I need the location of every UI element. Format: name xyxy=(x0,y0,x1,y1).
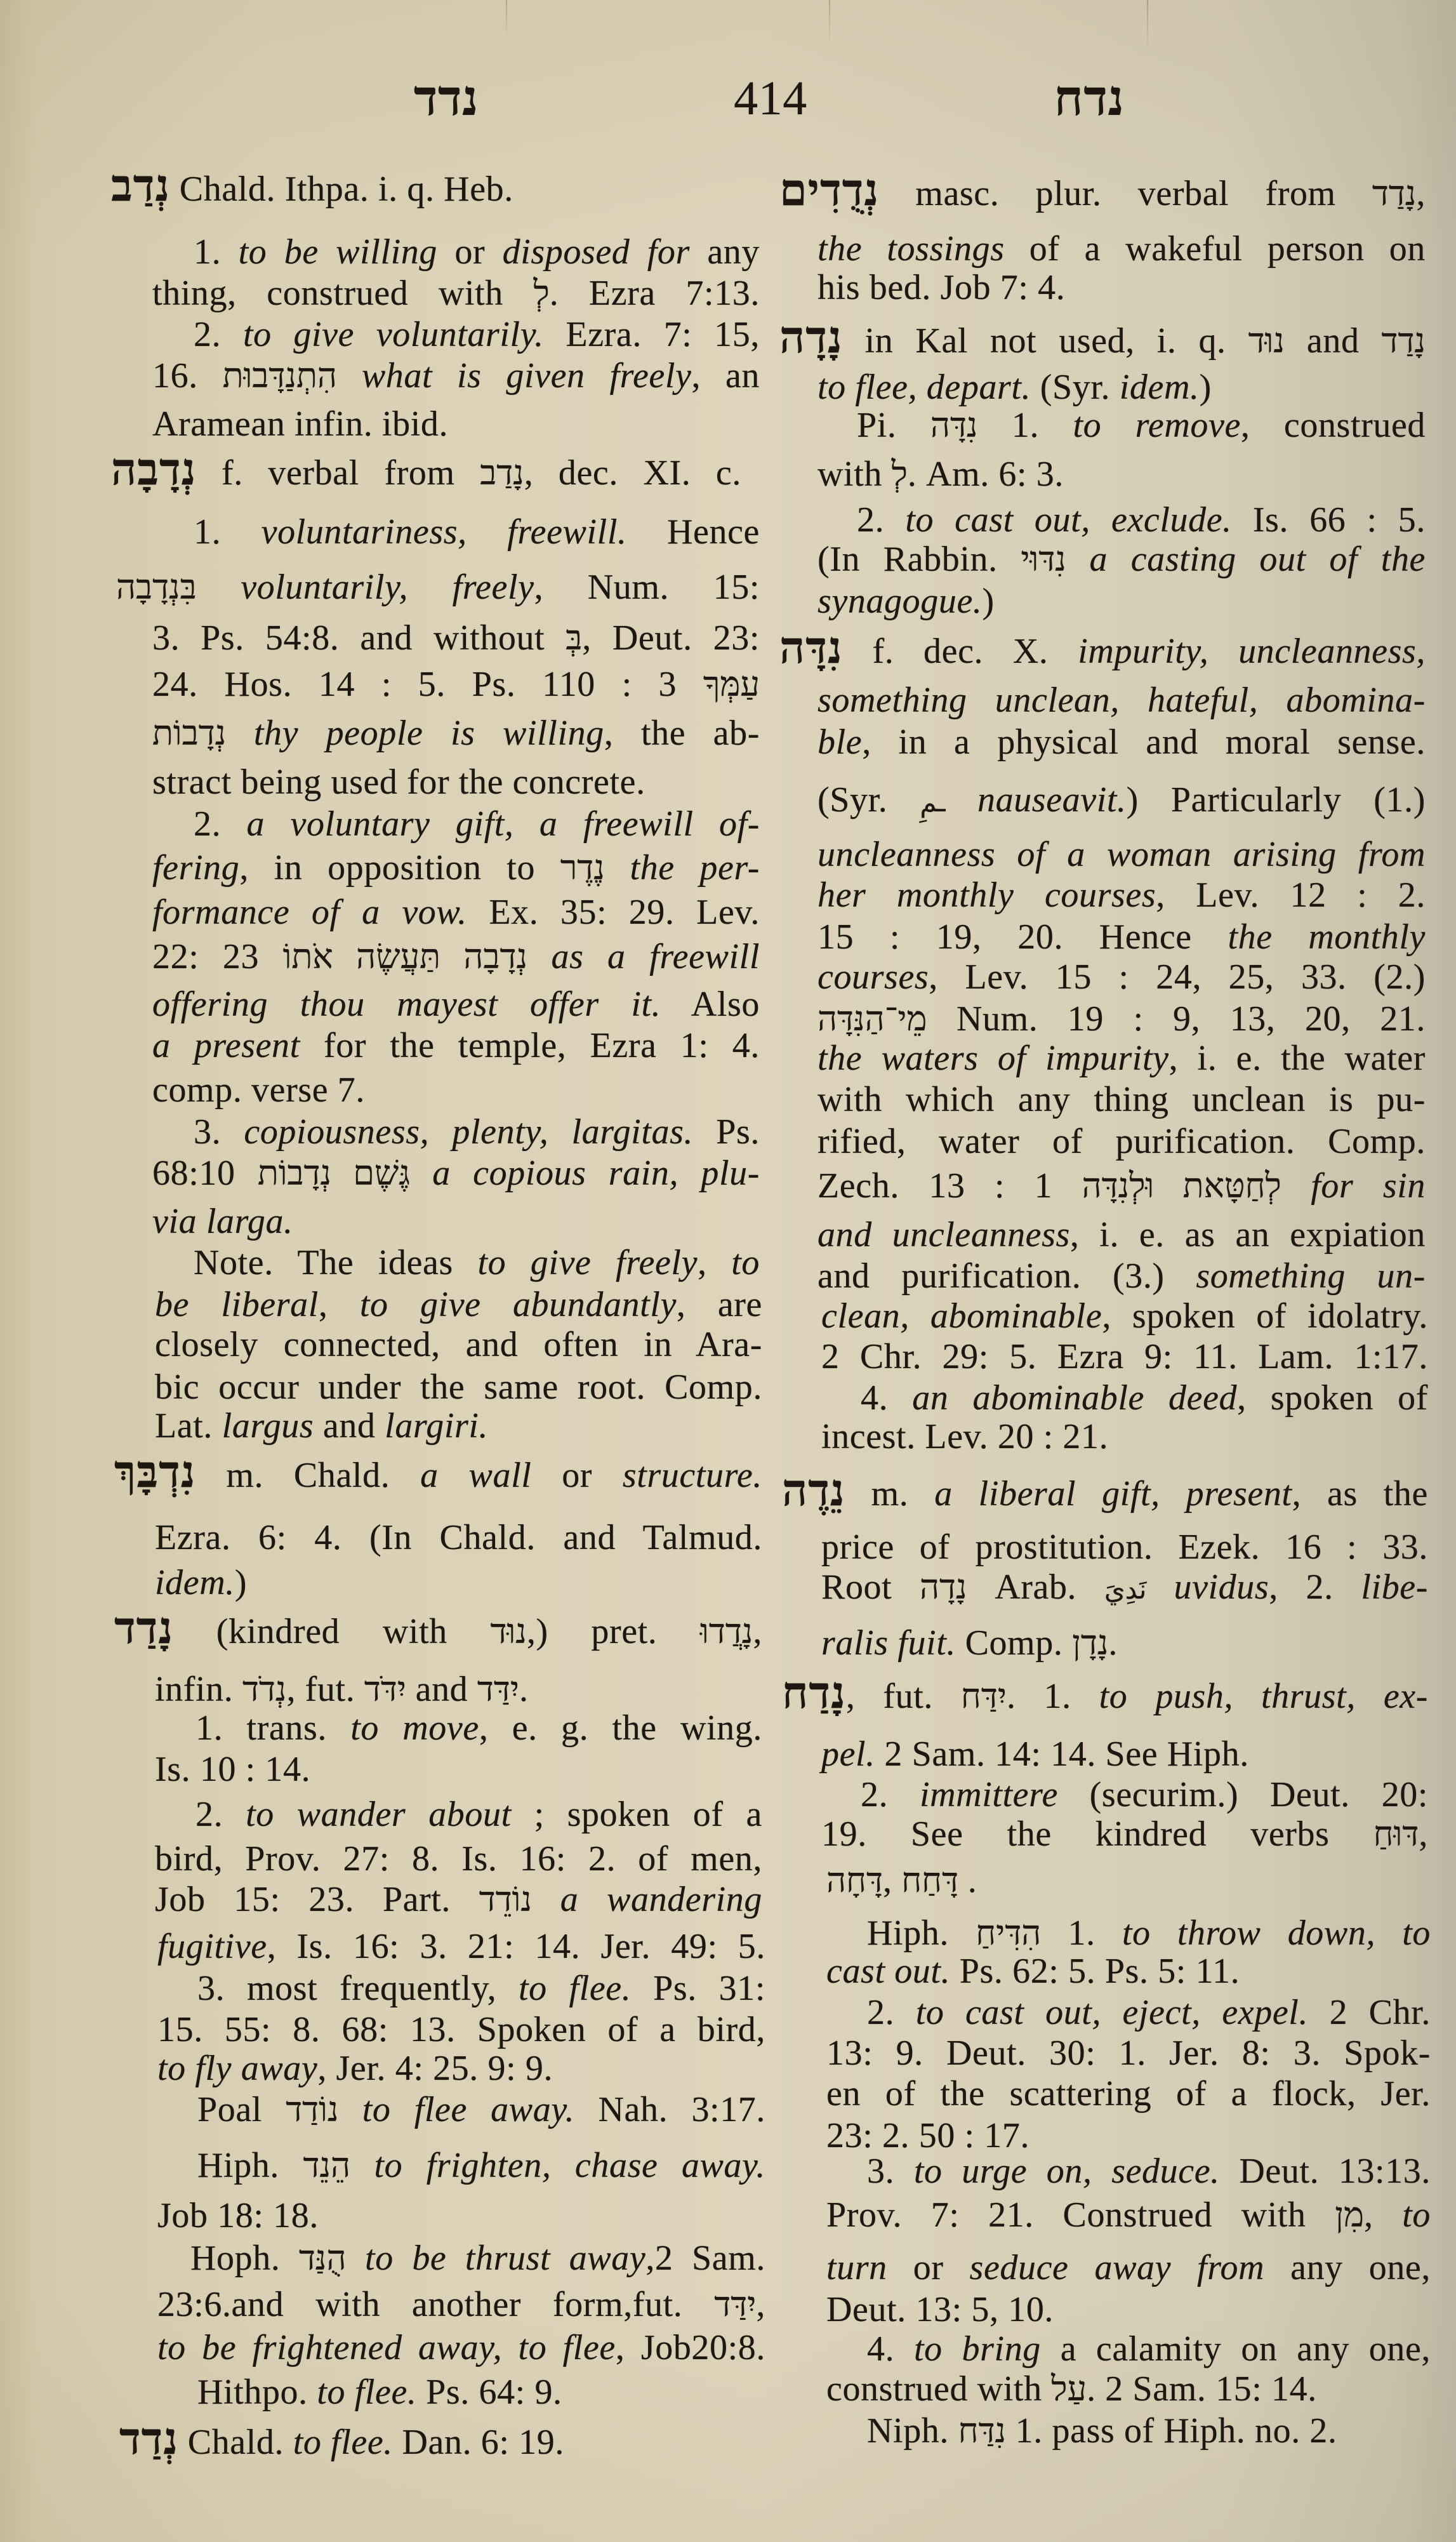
italic-text: to flee. xyxy=(519,1969,631,2008)
italic-text: to remove xyxy=(1073,406,1240,445)
entry-line: נִדְבָּךְ m. Chald. a wall or structure. xyxy=(114,1455,762,1496)
text: 23: 2. 50 : 17. xyxy=(826,2116,1029,2155)
text: 2 Chr. xyxy=(1308,1993,1431,2032)
entry-line: 23:6.and with another form,fut. יִדַּד, xyxy=(157,2284,765,2326)
hebrew-word: נָדַב xyxy=(480,454,524,492)
hebrew-word: נִדָּה xyxy=(930,406,978,444)
entry-line: a present for the temple, Ezra 1: 4. xyxy=(152,1025,760,1067)
hebrew-word: יִדֹּד xyxy=(364,1670,406,1708)
entry-line: cast out. Ps. 62: 5. Ps. 5: 11. xyxy=(826,1951,1240,1992)
text: or xyxy=(531,1456,622,1495)
entry-line: 3. most frequently, to flee. Ps. 31: xyxy=(197,1968,765,2009)
text: comp. verse 7. xyxy=(152,1070,365,1110)
text: , Lev. 15 : 24, 25, 33. (2.) xyxy=(929,957,1426,997)
text: , Job20:8. xyxy=(616,2328,765,2367)
text: 2. xyxy=(194,804,247,844)
italic-text: fering xyxy=(152,848,239,888)
entry-line: to flee, depart. (Syr. idem.) xyxy=(817,367,1212,408)
text: or xyxy=(887,2248,970,2287)
text: infin. xyxy=(155,1670,242,1709)
italic-text: to cast out, exclude. xyxy=(905,500,1231,540)
text: 1. trans. xyxy=(195,1708,350,1748)
italic-text: pel. xyxy=(821,1734,875,1774)
entry-line: נְדַד Chald. to flee. Dan. 6: 19. xyxy=(119,2422,564,2463)
italic-text: idem. xyxy=(1120,368,1200,407)
hebrew-word: יִדַּח xyxy=(961,1677,1007,1715)
entry-line: 2. a voluntary gift, a freewill of- xyxy=(194,804,760,845)
entry-line: 3. copiousness, plenty, largitas. Ps. xyxy=(194,1112,760,1153)
text: masc. plur. verbal from xyxy=(879,174,1372,213)
entry-line: 68:10 גֶּשֶׁם נְדָבוֹת a copious rain, p… xyxy=(152,1153,760,1194)
italic-text: clean, abominable xyxy=(821,1296,1102,1336)
italic-text: her monthly courses xyxy=(817,875,1156,915)
page-number: 414 xyxy=(734,74,807,123)
italic-text: fugitive xyxy=(157,1927,267,1966)
entry-line: something unclean, hateful, abomina- xyxy=(817,680,1426,721)
entry-line: en of the scattering of a flock, Jer. xyxy=(826,2073,1431,2115)
entry-line: נָדַח, fut. יִדַּח. 1. to push, thrust, … xyxy=(782,1676,1428,1717)
text: ) xyxy=(235,1563,247,1602)
italic-text: the waters of impurity xyxy=(817,1039,1169,1078)
entry-line: Prov. 7: 21. Construed with מִן, to xyxy=(826,2195,1431,2236)
entry-line: 2. to cast out, exclude. Is. 66 : 5. xyxy=(857,500,1426,541)
hebrew-phrase: מֵי־הַנִּדָּה xyxy=(817,1000,927,1038)
entry-line: the waters of impurity, i. e. the water xyxy=(817,1038,1426,1079)
hebrew-word: הִדִּיחַ xyxy=(976,1914,1041,1952)
hebrew-word: לְ xyxy=(892,455,908,493)
text: , xyxy=(883,1861,901,1900)
text: . 1. xyxy=(1007,1677,1099,1716)
text: Also xyxy=(661,985,760,1024)
entry-line: comp. verse 7. xyxy=(152,1070,365,1111)
text: or xyxy=(437,232,503,272)
entry-line: נִדָּה f. dec. X. impurity, uncleanness, xyxy=(779,631,1426,672)
text: Deut. 13: 5, 10. xyxy=(826,2290,1054,2329)
italic-text: a present xyxy=(152,1026,300,1065)
entry-line: 22: 23 נְדָבָה תַּעֲשֶׂה אֹתוֹ as a free… xyxy=(152,936,760,978)
text: , in opposition to xyxy=(239,848,560,888)
italic-text: to move xyxy=(350,1708,479,1748)
text: Num. 19 : 9, 13, 20, 21. xyxy=(927,999,1426,1039)
text: m. Chald. xyxy=(196,1456,421,1495)
entry-line: 24. Hos. 14 : 5. Ps. 110 : 3 עַמְּךָ xyxy=(152,664,760,705)
entry-line: via larga. xyxy=(152,1201,293,1242)
text: 15. 55: 8. 68: 13. Spoken of a bird, xyxy=(157,2010,765,2049)
syriac-word: ـمِ xyxy=(920,787,945,818)
headword: נְדַד xyxy=(119,2415,178,2464)
text: Prov. 7: 21. Construed with xyxy=(826,2195,1335,2235)
text: his bed. Job 7: 4. xyxy=(817,268,1065,307)
italic-text: to flee. xyxy=(293,2423,393,2462)
entry-line: fering, in opposition to נֶדֶר the per- xyxy=(152,848,760,889)
text: Lat. xyxy=(155,1406,222,1446)
entry-line: courses, Lev. 15 : 24, 25, 33. (2.) xyxy=(817,957,1426,998)
italic-text: to xyxy=(1402,2195,1431,2235)
entry-line: turn or seduce away from any one, xyxy=(826,2247,1431,2289)
text: Hoph. xyxy=(190,2239,299,2278)
text: , spoken of idolatry. xyxy=(1102,1296,1428,1336)
entry-line: be liberal, to give abundantly, are xyxy=(155,1284,762,1326)
entry-line: incest. Lev. 20 : 21. xyxy=(821,1416,1108,1458)
italic-text: disposed for xyxy=(503,232,690,272)
headword: נָדַח xyxy=(782,1669,846,1718)
entry-line: fugitive, Is. 16: 3. 21: 14. Jer. 49: 5. xyxy=(157,1926,765,1967)
text: , dec. XI. c. xyxy=(524,453,741,493)
text: and xyxy=(406,1670,477,1709)
entry-line: Niph. נִדַּח 1. pass of Hiph. no. 2. xyxy=(867,2411,1337,2452)
entry-line: 3. to urge on, seduce. Deut. 13:13. xyxy=(867,2151,1431,2192)
text: 3. xyxy=(867,2152,914,2191)
text: f. dec. X. xyxy=(843,632,1078,671)
hebrew-word: נוֹדֵד xyxy=(479,1880,532,1919)
entry-line: 3. Ps. 54:8. and without בְּ, Deut. 23: xyxy=(152,618,760,659)
hebrew-phrase: לְחַטָּאת וּלְנִדָּה xyxy=(1082,1167,1281,1205)
italic-text: thy people is willing xyxy=(226,714,604,753)
text: , i. e. the water xyxy=(1169,1039,1426,1078)
text: , xyxy=(698,1243,731,1282)
text: . xyxy=(519,1670,529,1709)
italic-text: the per- xyxy=(605,848,760,888)
italic-text: seduce away from xyxy=(970,2248,1265,2287)
italic-text: copiousness, plenty, largitas. xyxy=(244,1112,693,1152)
italic-text: a casting out of the xyxy=(1066,540,1426,579)
text: 1. xyxy=(194,512,261,552)
italic-text: to fly away xyxy=(157,2049,317,2088)
text: any one, xyxy=(1264,2248,1431,2287)
entry-line: bic occur under the same root. Comp. xyxy=(155,1367,762,1408)
text: , fut. xyxy=(286,1670,364,1709)
text: (Syr. xyxy=(1031,368,1120,407)
italic-text: ralis fuit. xyxy=(821,1623,956,1663)
entry-line: מֵי־הַנִּדָּה Num. 19 : 9, 13, 20, 21. xyxy=(817,999,1426,1040)
text: in Kal not used, i. q. xyxy=(843,321,1248,361)
paper-crease xyxy=(1147,0,1148,51)
entry-line: 2. to wander about ; spoken of a xyxy=(195,1794,762,1835)
italic-text: voluntariness, freewill. xyxy=(261,512,627,552)
text: Is. 66 : 5. xyxy=(1232,500,1426,540)
entry-line: בִּנְדָבָה voluntarily, freely, Num. 15: xyxy=(116,567,760,608)
italic-text: be liberal xyxy=(155,1285,319,1324)
italic-text: a liberal gift, present xyxy=(934,1474,1292,1514)
entry-line: Pi. נִדָּה 1. to remove, construed xyxy=(857,405,1426,446)
text: 3. Ps. 54:8. and without xyxy=(152,618,566,658)
text: . xyxy=(1108,1623,1118,1663)
text: Pi. xyxy=(857,406,930,445)
text: 2. xyxy=(867,1993,916,2032)
italic-text: to push, thrust, ex- xyxy=(1099,1677,1428,1716)
italic-text: to bring xyxy=(914,2329,1041,2369)
entry-line: her monthly courses, Lev. 12 : 2. xyxy=(817,875,1426,916)
text: 23:6.and with another form,fut. xyxy=(157,2285,714,2324)
entry-line: נְדֻדִים masc. plur. verbal from נָדַד, xyxy=(779,173,1426,215)
entry-line: with לְ. Am. 6: 3. xyxy=(817,454,1064,495)
hebrew-word: נִדַּח xyxy=(958,2412,1007,2450)
text: , Num. 15: xyxy=(534,568,760,607)
italic-text: structure. xyxy=(623,1456,762,1495)
entry-line: 1. voluntariness, freewill. Hence xyxy=(194,512,760,553)
text: Dan. 6: 19. xyxy=(393,2423,564,2462)
text: , xyxy=(753,1612,762,1651)
italic-text: to give freely xyxy=(477,1243,698,1282)
text: 24. Hos. 14 : 5. Ps. 110 : 3 xyxy=(152,665,703,704)
italic-text: ble xyxy=(817,722,862,762)
text: 15 : 19, 20. Hence xyxy=(817,917,1228,957)
italic-text: to give voluntarily. xyxy=(243,315,544,354)
text: 68:10 xyxy=(152,1154,258,1193)
italic-text: voluntarily, freely xyxy=(197,568,534,607)
text: Job 15: 23. Part. xyxy=(155,1880,479,1919)
entry-line: Aramean infin. ibid. xyxy=(152,404,448,445)
italic-text: courses xyxy=(817,957,929,997)
hebrew-phrase: נְדָבָה תַּעֲשֶׂה אֹתוֹ xyxy=(283,938,527,976)
entry-line: Poal נוֹדַד to flee away. Nah. 3:17. xyxy=(197,2089,765,2131)
italic-text: to frighten, chase away. xyxy=(350,2146,765,2185)
text: 2. xyxy=(861,1775,920,1814)
italic-text: an abominable deed xyxy=(912,1378,1237,1418)
headword: נְדַב xyxy=(111,162,170,211)
text: , fut. xyxy=(846,1677,961,1716)
headword: נִדְבָּךְ xyxy=(114,1448,196,1497)
text: Hithpo. xyxy=(197,2372,317,2412)
italic-text: to cast out, eject, expel. xyxy=(916,1993,1308,2032)
hebrew-word: נָדַד xyxy=(1372,175,1417,213)
hebrew-word: נָדֲדוּ xyxy=(700,1613,753,1651)
text: Ps. 64: 9. xyxy=(417,2372,562,2412)
text: . xyxy=(958,1861,977,1900)
text: incest. Lev. 20 : 21. xyxy=(821,1417,1108,1456)
italic-text: uncleanness of a woman arising from xyxy=(817,835,1426,874)
paper-crease xyxy=(506,0,507,38)
italic-text: to urge on, seduce. xyxy=(914,2152,1220,2191)
text: Job 18: 18. xyxy=(157,2196,319,2235)
entry-line: Job 15: 23. Part. נוֹדֵד a wandering xyxy=(155,1879,762,1920)
text: . Am. 6: 3. xyxy=(908,455,1064,494)
entry-line: Hiph. הֵנֵד to frighten, chase away. xyxy=(197,2145,765,2186)
hebrew-phrase: גֶּשֶׁם נְדָבוֹת xyxy=(258,1154,410,1192)
entry-line: נְדָבוֹת thy people is willing, the ab- xyxy=(152,713,760,754)
italic-text: the monthly xyxy=(1228,917,1426,957)
text: , Lev. 12 : 2. xyxy=(1156,875,1426,915)
text: rified, water of purification. Comp. xyxy=(817,1122,1426,1161)
text: , i. e. as an expiation xyxy=(1070,1215,1426,1254)
text: price of prostitution. Ezek. 16 : 33. xyxy=(821,1527,1428,1567)
italic-text: a wandering xyxy=(532,1880,762,1919)
text: , spoken of xyxy=(1237,1378,1428,1418)
text: 13: 9. Deut. 30: 1. Jer. 8: 3. Spok- xyxy=(826,2033,1431,2073)
hebrew-word: הֵנֵד xyxy=(303,2146,350,2185)
text: ) xyxy=(983,582,995,621)
text: , e. g. the wing. xyxy=(479,1708,762,1748)
entry-line: Note. The ideas to give freely, to xyxy=(194,1242,760,1284)
entry-line: 2. to give voluntarily. Ezra. 7: 15, xyxy=(194,314,760,356)
text: Poal xyxy=(197,2090,286,2129)
running-head-right: נדח xyxy=(1054,74,1125,123)
text: and xyxy=(314,1406,385,1446)
text: , 2. xyxy=(1269,1567,1361,1607)
text: 2 Chr. 29: 5. Ezra 9: 11. Lam. 1:17. xyxy=(821,1337,1428,1376)
entry-line: clean, abominable, spoken of idolatry. xyxy=(821,1296,1428,1337)
entry-line: נֵדֶה m. a liberal gift, present, as the xyxy=(782,1474,1428,1515)
entry-line: stract being used for the concrete. xyxy=(152,762,645,803)
italic-text: for sin xyxy=(1281,1166,1426,1206)
text: bird, Prov. 27: 8. Is. 16: 2. of men, xyxy=(155,1839,762,1879)
italic-text: what is given freely xyxy=(337,356,692,396)
headword: נְדָבָה xyxy=(111,446,196,495)
entry-line: Zech. 13 : 1 לְחַטָּאת וּלְנִדָּה for si… xyxy=(817,1166,1426,1207)
text: f. verbal from xyxy=(196,453,480,493)
text: ,2 Sam. xyxy=(645,2239,765,2278)
text: Ps. 62: 5. Ps. 5: 11. xyxy=(950,1952,1240,1991)
text: (Syr. xyxy=(817,780,920,820)
text: Root xyxy=(821,1567,920,1607)
text: stract being used for the concrete. xyxy=(152,762,645,802)
italic-text: largus xyxy=(222,1406,314,1446)
italic-text: a wall xyxy=(420,1456,531,1495)
text: and purification. (3.) xyxy=(817,1256,1196,1296)
text: ) xyxy=(1200,368,1212,407)
text: closely connected, and often in Ara- xyxy=(155,1325,762,1364)
hebrew-word: דָּחַח xyxy=(901,1861,958,1900)
text: ; spoken of a xyxy=(512,1795,762,1834)
text: 1. xyxy=(977,406,1073,445)
entry-line: נָדָה in Kal not used, i. q. נוּד and נָ… xyxy=(779,321,1426,362)
italic-text: to throw down, to xyxy=(1122,1913,1431,1953)
hebrew-word: מִן xyxy=(1335,2196,1364,2234)
italic-text: libe- xyxy=(1361,1567,1428,1607)
italic-text: the tossings xyxy=(817,229,1005,269)
text: , an xyxy=(692,356,760,396)
italic-text: nauseavit. xyxy=(946,780,1127,820)
entry-line: דָּחָה, דָּחַח . xyxy=(826,1860,977,1901)
entry-line: 16. הִתְנַדָּבוּת what is given freely, … xyxy=(152,356,760,397)
entry-line: Hoph. הֻנַּד to be thrust away,2 Sam. xyxy=(190,2238,765,2279)
entry-line: 2. to cast out, eject, expel. 2 Chr. xyxy=(867,1992,1431,2033)
text: (kindred with xyxy=(173,1612,490,1651)
headword: נִדָּה xyxy=(779,624,843,673)
text: (securim.) Deut. 20: xyxy=(1058,1775,1428,1814)
italic-text: via larga. xyxy=(152,1202,293,1241)
text: , xyxy=(756,2285,765,2324)
text: 3. most frequently, xyxy=(197,1969,519,2008)
entry-line: Ezra. 6: 4. (In Chald. and Talmud. xyxy=(155,1517,762,1559)
text: construed with xyxy=(826,2369,1051,2409)
entry-line: 4. to bring a calamity on any one, xyxy=(867,2329,1431,2370)
italic-text: a copious rain, plu- xyxy=(410,1154,760,1193)
entry-line: closely connected, and often in Ara- xyxy=(155,1324,762,1366)
text: Ps. 31: xyxy=(631,1969,765,2008)
text: Ezra. 6: 4. (In Chald. and Talmud. xyxy=(155,1518,762,1557)
entry-line: 2 Chr. 29: 5. Ezra 9: 11. Lam. 1:17. xyxy=(821,1336,1428,1378)
text: Arab. xyxy=(967,1567,1104,1607)
entry-line: Job 18: 18. xyxy=(157,2195,319,2237)
text: , as the xyxy=(1292,1474,1428,1514)
entry-line: offering thou mayest offer it. Also xyxy=(152,984,760,1025)
entry-line: thing, construed with לְ. Ezra 7:13. xyxy=(152,273,760,314)
italic-text: immittere xyxy=(920,1775,1058,1814)
entry-line: נְדָבָה f. verbal from נָדַב, dec. XI. c… xyxy=(111,453,741,494)
text: , xyxy=(1364,2195,1402,2235)
text: Zech. 13 : 1 xyxy=(817,1166,1082,1206)
entry-line: the tossings of a wakeful person on xyxy=(817,229,1426,270)
entry-line: Deut. 13: 5, 10. xyxy=(826,2289,1054,2331)
text: Ex. 35: 29. Lev. xyxy=(467,893,760,932)
entry-line: Hithpo. to flee. Ps. 64: 9. xyxy=(197,2372,562,2413)
text: 1. xyxy=(1041,1913,1122,1953)
text: ,) pret. xyxy=(527,1612,700,1651)
text: , the ab- xyxy=(604,714,760,753)
text: en of the scattering of a flock, Jer. xyxy=(826,2074,1431,2113)
italic-text: to flee away. xyxy=(339,2090,575,2129)
hebrew-word: נָדָה xyxy=(920,1568,967,1606)
entry-line: infin. נְדֹד, fut. יִדֹּד and יִדַּד. xyxy=(155,1669,529,1710)
italic-text: something un- xyxy=(1196,1256,1426,1296)
entry-line: 15. 55: 8. 68: 13. Spoken of a bird, xyxy=(157,2009,765,2051)
headword: נֵדֶה xyxy=(782,1467,845,1515)
hebrew-word: לְ xyxy=(533,274,549,312)
text: 3. xyxy=(194,1112,244,1152)
text: Chald. xyxy=(178,2423,293,2462)
text: , xyxy=(1416,174,1426,213)
entry-line: pel. 2 Sam. 14: 14. See Hiph. xyxy=(821,1734,1249,1775)
entry-line: to be frightened away, to flee, Job20:8. xyxy=(157,2327,765,2369)
text: Comp. xyxy=(956,1623,1072,1663)
text: Is. 10 : 14. xyxy=(155,1750,310,1789)
hebrew-word: נָדָן xyxy=(1072,1624,1108,1662)
entry-line: נְדַב Chald. Ithpa. i. q. Heb. xyxy=(111,169,513,210)
text: . Ezra 7:13. xyxy=(550,274,760,313)
text: a calamity on any one, xyxy=(1041,2329,1431,2369)
entry-line: construed with עַל. 2 Sam. 15: 14. xyxy=(826,2369,1317,2410)
entry-line: and uncleanness, i. e. as an expiation xyxy=(817,1214,1426,1256)
text: 19. See the kindred verbs xyxy=(821,1814,1373,1854)
text: , Deut. 23: xyxy=(582,618,760,658)
hebrew-word: נוּד xyxy=(1248,322,1285,360)
text: , xyxy=(1419,1814,1428,1854)
entry-line: ralis fuit. Comp. נָדָן. xyxy=(821,1623,1118,1664)
entry-line: his bed. Job 7: 4. xyxy=(817,267,1065,309)
text: 1. xyxy=(194,232,239,272)
italic-text: turn xyxy=(826,2248,887,2287)
italic-text: cast out. xyxy=(826,1952,950,1991)
text: 4. xyxy=(867,2329,914,2369)
text: m. xyxy=(845,1474,935,1514)
text: 1. pass of Hiph. no. 2. xyxy=(1006,2411,1337,2451)
entry-line: Root נָדָה Arab. نَدِيَ uvidus, 2. libe- xyxy=(821,1567,1428,1608)
text: and xyxy=(1285,321,1382,361)
italic-text: to xyxy=(731,1243,760,1282)
text: 16. xyxy=(152,356,223,396)
hebrew-word: בְּ xyxy=(566,619,582,657)
text: Deut. 13:13. xyxy=(1220,2152,1431,2191)
text: Ps. xyxy=(693,1112,760,1152)
text: 2. xyxy=(195,1795,246,1834)
headword: נָדַד xyxy=(114,1604,173,1653)
entry-line: נָדַד (kindred with נוּד,) pret. נָדֲדוּ… xyxy=(114,1611,762,1653)
entry-line: and purification. (3.) something un- xyxy=(817,1256,1426,1297)
hebrew-word: יִדַּד xyxy=(714,2286,756,2324)
text: Ezra. 7: 15, xyxy=(544,315,760,354)
hebrew-word: נִדּוּי xyxy=(1021,540,1066,578)
italic-text: and uncleanness xyxy=(817,1215,1070,1254)
entry-line: bird, Prov. 27: 8. Is. 16: 2. of men, xyxy=(155,1839,762,1880)
italic-text: to give abundantly xyxy=(360,1285,677,1324)
italic-text: to be thrust away xyxy=(347,2239,646,2278)
entry-line: 15 : 19, 20. Hence the monthly xyxy=(817,917,1426,958)
entry-line: 2. immittere (securim.) Deut. 20: xyxy=(861,1774,1428,1816)
hebrew-word: הֻנַּד xyxy=(299,2239,347,2277)
text: thing, construed with xyxy=(152,274,533,313)
italic-text: to flee, depart. xyxy=(817,368,1031,407)
